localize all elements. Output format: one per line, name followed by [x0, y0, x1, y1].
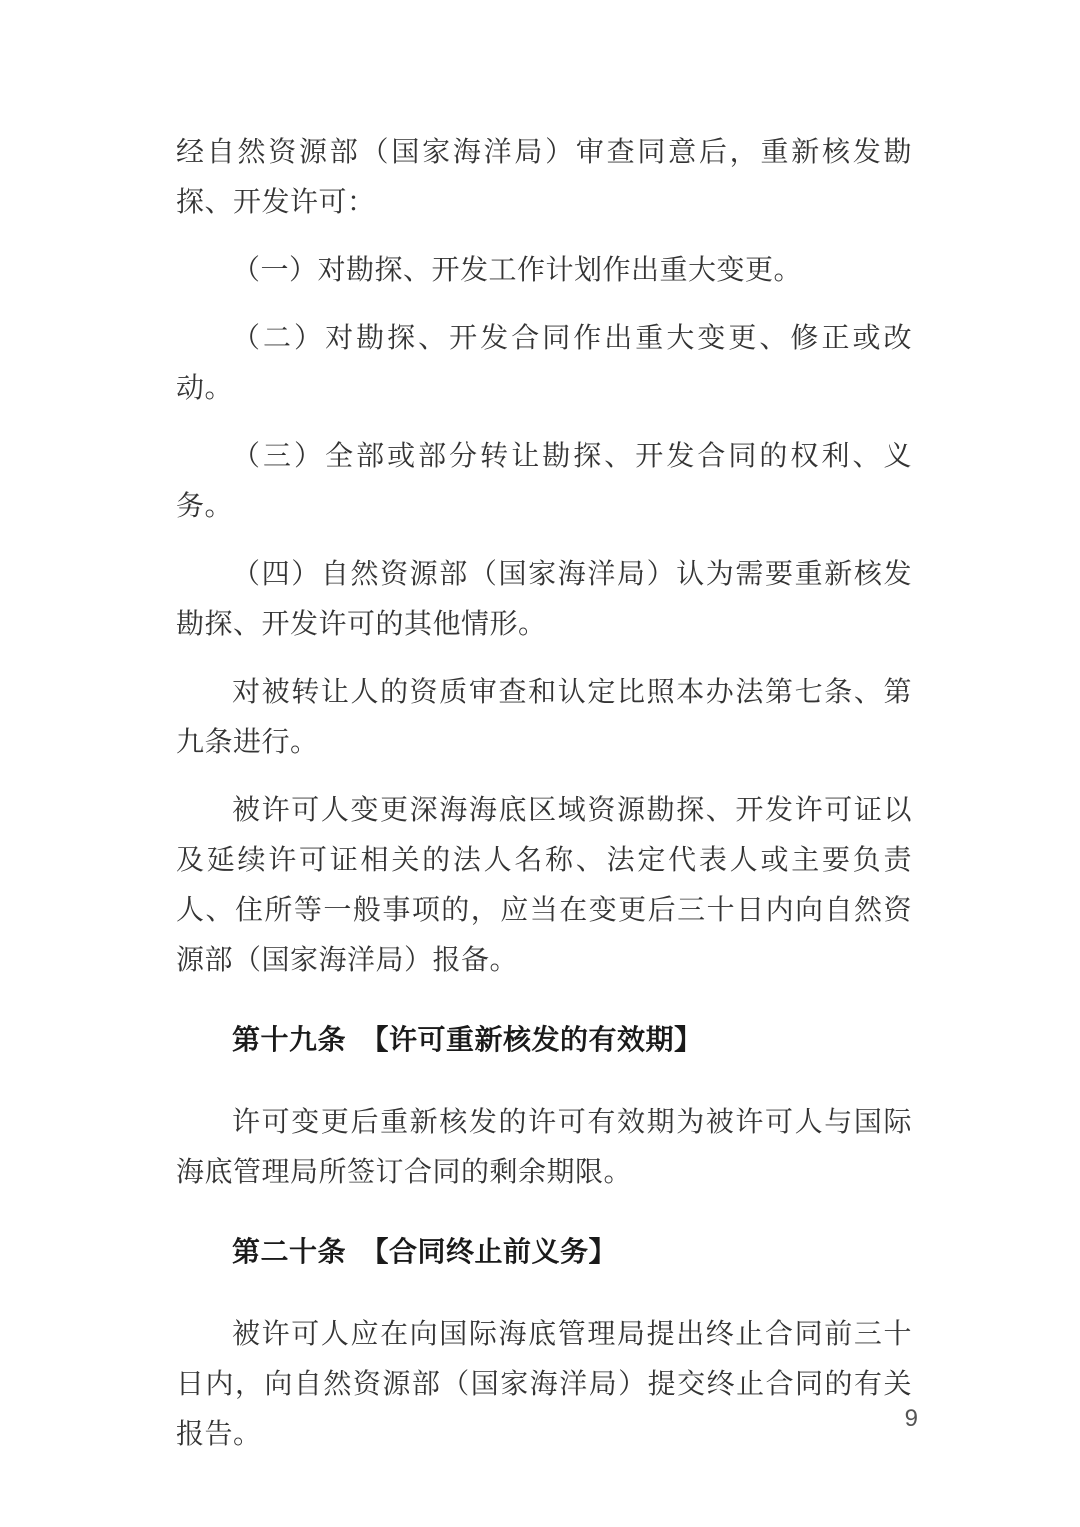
article-20-heading: 第二十条 【合同终止前义务】 — [176, 1228, 912, 1278]
paragraph-continuation: 经自然资源部（国家海洋局）审查同意后，重新核发勘探、开发许可： — [176, 128, 912, 228]
clause-item-1: （一）对勘探、开发工作计划作出重大变更。 — [176, 246, 912, 296]
body-paragraph-reissued-validity: 许可变更后重新核发的许可有效期为被许可人与国际海底管理局所签订合同的剩余期限。 — [176, 1098, 912, 1198]
document-body: 经自然资源部（国家海洋局）审查同意后，重新核发勘探、开发许可： （一）对勘探、开… — [176, 128, 912, 1478]
body-paragraph-change-filing: 被许可人变更深海海底区域资源勘探、开发许可证以及延续许可证相关的法人名称、法定代… — [176, 786, 912, 986]
clause-item-2: （二）对勘探、开发合同作出重大变更、修正或改动。 — [176, 314, 912, 414]
document-page: 经自然资源部（国家海洋局）审查同意后，重新核发勘探、开发许可： （一）对勘探、开… — [0, 0, 1080, 1527]
body-paragraph-termination-report: 被许可人应在向国际海底管理局提出终止合同前三十日内，向自然资源部（国家海洋局）提… — [176, 1310, 912, 1460]
page-number: 9 — [905, 1404, 918, 1434]
article-19-heading: 第十九条 【许可重新核发的有效期】 — [176, 1016, 912, 1066]
clause-item-4: （四）自然资源部（国家海洋局）认为需要重新核发勘探、开发许可的其他情形。 — [176, 550, 912, 650]
clause-item-3: （三）全部或部分转让勘探、开发合同的权利、义务。 — [176, 432, 912, 532]
body-paragraph-transferee-review: 对被转让人的资质审查和认定比照本办法第七条、第九条进行。 — [176, 668, 912, 768]
